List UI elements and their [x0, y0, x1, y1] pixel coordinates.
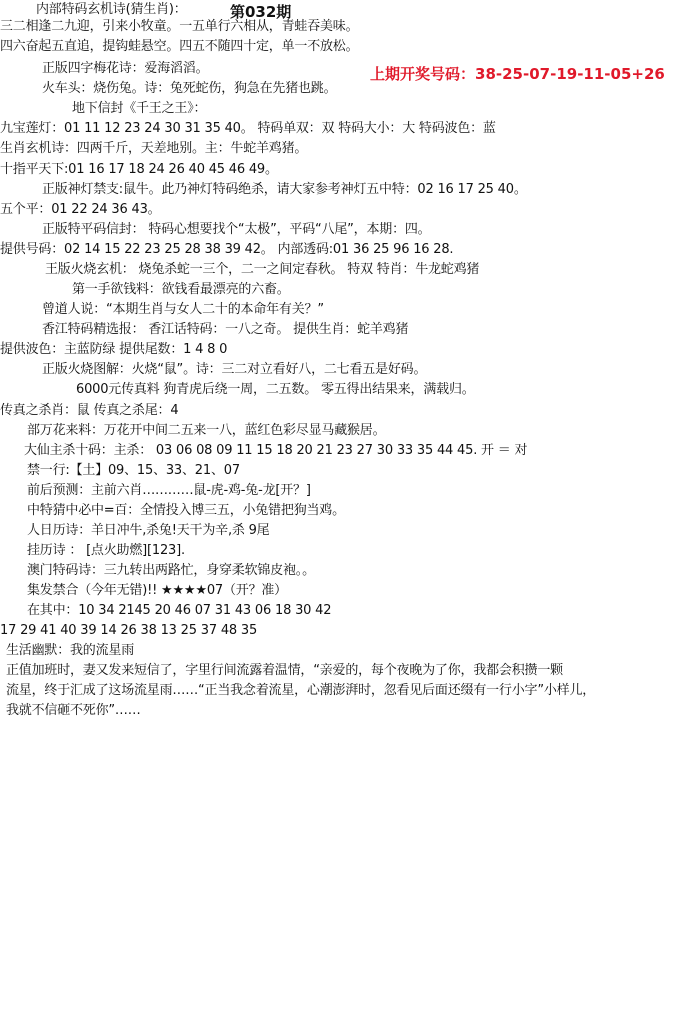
text-line: 17 29 41 40 39 14 26 38 13 25 37 48 35: [0, 622, 257, 640]
text-line: 挂历诗 ： [点火助燃][123].: [27, 542, 185, 560]
text-line: 禁一行:【土】09、15、33、21、07: [27, 462, 240, 480]
text-line: 生活幽默：我的流星雨: [6, 642, 134, 660]
text-line: 四六奋起五直追，提钩蛙悬空。四五不随四十定，单一不放松。: [0, 38, 358, 56]
text-line: 前后预测：主前六肖…………鼠-虎-鸡-兔-龙[开？]: [27, 482, 311, 500]
text-line: 火车头：烧伤兔。诗：兔死蛇伤，狗急在先猪也跳。: [42, 80, 336, 98]
text-line: 五个平：01 22 24 36 43。: [0, 201, 160, 219]
text-line: 提供号码：02 14 15 22 23 25 28 38 39 42。 内部透码…: [0, 241, 453, 259]
text-line: 在其中：10 34 2145 20 46 07 31 43 06 18 30 4…: [27, 602, 331, 620]
text-line: 正值加班时，妻又发来短信了，字里行间流露着温情，“亲爱的，每个夜晚为了你，我都会…: [6, 662, 563, 680]
text-line: 正版神灯禁支:鼠牛。此乃神灯特码绝杀，请大家参考神灯五中特：02 16 17 2…: [42, 181, 527, 199]
text-line: 澳门特码诗：三九转出两路忙，身穿柔软锦皮袍。。: [27, 562, 315, 580]
text-line: 传真之杀肖：鼠 传真之杀尾：4: [0, 402, 178, 420]
text-line: 我就不信砸不死你”……: [6, 702, 141, 720]
text-line: 大仙主杀十码：主杀： 03 06 08 09 11 15 18 20 21 23…: [24, 442, 527, 460]
text-line: 十指平天下:01 16 17 18 24 26 40 45 46 49。: [0, 161, 278, 179]
text-line: 提供波色：主蓝防绿 提供尾数：1 4 8 0: [0, 341, 227, 359]
header-label: 内部特码玄机诗(猜生肖)：: [36, 1, 187, 19]
text-line: 第一手欲钱料：欲钱看最漂亮的六畜。: [72, 281, 290, 299]
text-line: 6000元传真料 狗青虎后绕一周，二五数。 零五得出结果来，满载归。: [76, 381, 475, 399]
text-line: 王版火烧玄机： 烧兔杀蛇一三个，二一之间定春秋。 特双 特肖：牛龙蛇鸡猪: [45, 261, 479, 279]
text-line: 正版火烧图解：火烧“鼠”。诗：三二对立看好八，二七看五是好码。: [42, 361, 426, 379]
text-line: 正版特平码信封： 特码心想要找个“太极”，平码“八尾”，本期：四。: [42, 221, 430, 239]
text-line: 集发禁合（今年无错)!! ★★★★07（开？准）: [27, 582, 287, 600]
text-line: 流星，终于汇成了这场流星雨……“正当我念着流星，心潮澎湃时，忽看见后面还缀有一行…: [6, 682, 595, 700]
text-line: 九宝莲灯：01 11 12 23 24 30 31 35 40。 特码单双：双 …: [0, 120, 496, 138]
text-line: 中特猜中必中=百：全情投入博三五，小兔错把狗当鸡。: [27, 502, 345, 520]
text-line: 人日历诗：羊日冲牛,杀兔!天干为辛,杀 9尾: [27, 522, 269, 540]
previous-result-label: 上期开奖号码：: [370, 65, 475, 83]
text-line: 香江特码精选报： 香江话特码：一八之奇。 提供生肖：蛇羊鸡猪: [42, 321, 408, 339]
text-line: 地下信封《千王之王》：: [72, 100, 206, 118]
text-line: 生肖玄机诗：四两千斤，天差地别。主：牛蛇羊鸡猪。: [0, 140, 307, 158]
text-line: 部万花来料：万花开中间二五来一八，蓝红色彩尽显马藏猴居。: [27, 422, 385, 440]
text-line: 三二相逢二九迎，引来小牧童。一五单行六相从，青蛙吞美味。: [0, 18, 358, 36]
previous-result-numbers: 38-25-07-19-11-05+26: [475, 65, 665, 83]
previous-result: 上期开奖号码：38-25-07-19-11-05+26: [370, 63, 665, 84]
text-line: 正版四字梅花诗：爱海滔滔。: [42, 60, 208, 78]
text-line: 曾道人说：“本期生肖与女人二十的本命年有关？”: [42, 301, 324, 319]
